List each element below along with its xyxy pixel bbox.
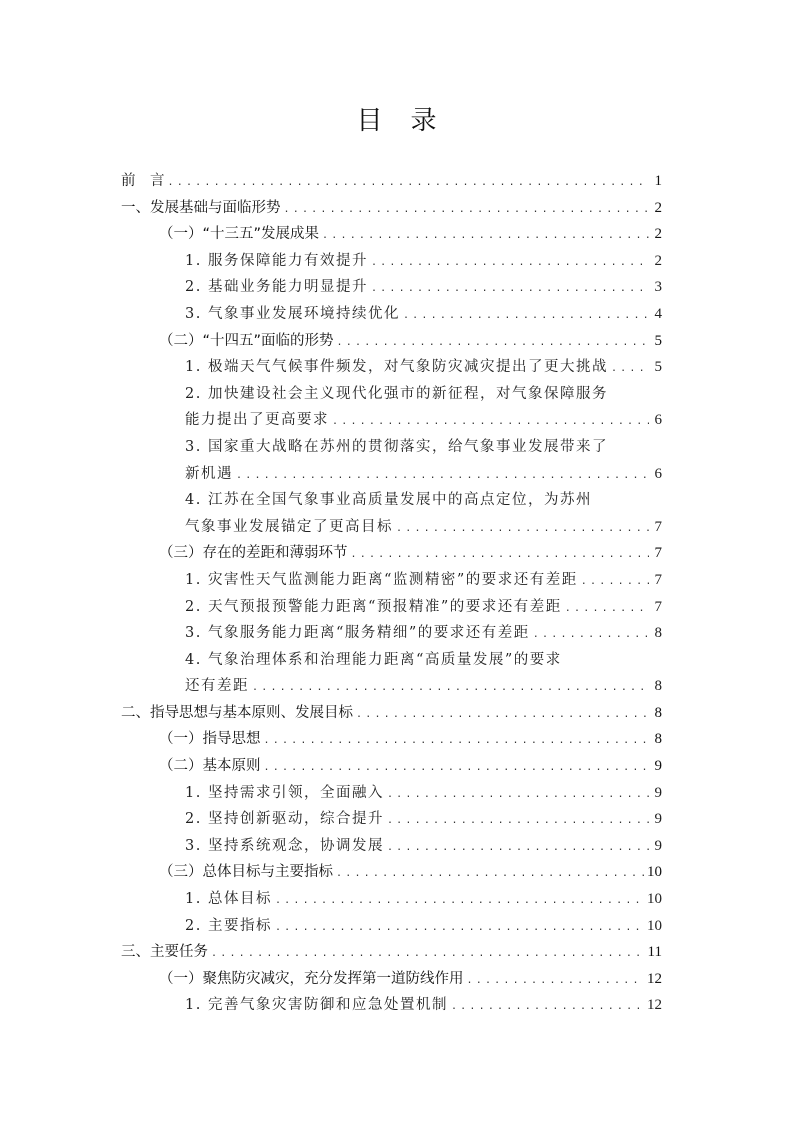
toc-page-number: 10 [647,913,662,940]
toc-entry-label: 3. 气象事业发展环境持续优化 [185,301,400,328]
toc-page-number: 9 [652,780,662,807]
toc-entry[interactable]: （一）指导思想 8 [121,726,662,753]
toc-entry-label: （一）“十三五”发展成果 [159,221,319,248]
dot-leader [332,409,649,436]
toc-entry[interactable]: （一）聚焦防灾减灾，充分发挥第一道防线作用 12 [121,966,662,993]
toc-entry-continuation[interactable]: 新机遇 6 [121,461,662,488]
toc-entry[interactable]: 3. 国家重大战略在苏州的贯彻落实，给气象事业发展带来了 [121,434,662,461]
toc-entry-label: 2. 主要指标 [185,913,272,940]
toc-page-number: 9 [652,833,662,860]
toc-entry[interactable]: （三）总体目标与主要指标 10 [121,859,662,886]
toc-entry[interactable]: 1. 极端天气气候事件频发，对气象防灾减灾提出了更大挑战 5 [121,354,662,381]
dot-leader [611,356,649,383]
toc-entry[interactable]: 3. 坚持系统观念，协调发展 9 [121,833,662,860]
toc-page-number: 9 [652,806,662,833]
toc-entry[interactable]: 2. 加快建设社会主义现代化强市的新征程，对气象保障服务 [121,381,662,408]
toc-entry[interactable]: 1. 完善气象灾害防御和应急处置机制 12 [121,992,662,1019]
toc-entry[interactable]: 二、指导思想与基本原则、发展目标 8 [121,700,662,727]
toc-entry-label: 2. 基础业务能力明显提升 [185,274,368,301]
toc-entry[interactable]: 3. 气象事业发展环境持续优化 4 [121,301,662,328]
toc-entry-label: 1. 总体目标 [185,886,272,913]
dot-leader [533,622,649,649]
toc-page-number: 2 [652,195,662,222]
dot-leader [371,276,649,303]
dot-leader [275,888,644,915]
toc-entry[interactable]: 3. 气象服务能力距离“服务精细”的要求还有差距 8 [121,620,662,647]
dot-leader [371,250,649,277]
dot-leader [451,994,644,1021]
dot-leader [387,835,649,862]
toc-entry-label: 2. 加快建设社会主义现代化强市的新征程，对气象保障服务 [185,381,608,408]
toc-entry-label: 4. 气象治理体系和治理能力距离“高质量发展”的要求 [185,647,562,674]
dot-leader [168,170,650,197]
dot-leader [581,569,649,596]
dot-leader [322,223,649,250]
toc-entry-label: 还有差距 [185,673,249,700]
toc-page-number: 7 [652,540,662,567]
toc-page-number: 8 [652,620,662,647]
toc-entry-label: 新机遇 [185,461,233,488]
toc-page-number: 1 [652,168,662,195]
toc-page-number: 6 [652,407,662,434]
dot-leader [211,941,645,968]
toc-entry-label: 4. 江苏在全国气象事业高质量发展中的高点定位，为苏州 [185,487,592,514]
toc-entry-label: 2. 天气预报预警能力距离“预报精准”的要求还有差距 [185,594,562,621]
toc-entry-label: 3. 国家重大战略在苏州的贯彻落实，给气象事业发展带来了 [185,434,608,461]
toc-entry-label: 气象事业发展锚定了更高目标 [185,514,393,541]
toc-entry[interactable]: （二）“十四五”面临的形势 5 [121,328,662,355]
toc-entry-continuation[interactable]: 能力提出了更高要求 6 [121,407,662,434]
dot-leader [403,303,649,330]
dot-leader [356,702,649,729]
toc-entry-label: 1. 极端天气气候事件频发，对气象防灾减灾提出了更大挑战 [185,354,608,381]
toc-page-number: 7 [652,567,662,594]
toc-entry[interactable]: 1. 服务保障能力有效提升 2 [121,248,662,275]
dot-leader [236,463,649,490]
table-of-contents: 前 言 1 一、发展基础与面临形势 2 （一）“十三五”发展成果 2 1. 服务… [121,168,662,1019]
toc-entry-label: 二、指导思想与基本原则、发展目标 [121,700,353,727]
toc-entry[interactable]: （二）基本原则 9 [121,753,662,780]
dot-leader [284,197,650,224]
toc-page-number: 2 [652,248,662,275]
toc-page-number: 12 [647,966,662,993]
toc-page-number: 5 [652,328,662,355]
toc-entry[interactable]: （一）“十三五”发展成果 2 [121,221,662,248]
toc-entry[interactable]: 前 言 1 [121,168,662,195]
toc-title: 目录 [0,100,793,137]
toc-page-number: 8 [652,700,662,727]
toc-page-number: 6 [652,461,662,488]
toc-entry-label: 1. 完善气象灾害防御和应急处置机制 [185,992,448,1019]
dot-leader [337,330,649,357]
toc-entry-label: （二）基本原则 [159,753,261,780]
toc-entry[interactable]: 1. 灾害性天气监测能力距离“监测精密”的要求还有差距 7 [121,567,662,594]
toc-entry-label: 1. 坚持需求引领，全面融入 [185,780,384,807]
toc-entry-label: 能力提出了更高要求 [185,407,329,434]
toc-page-number: 5 [652,354,662,381]
toc-entry[interactable]: 2. 坚持创新驱动，综合提升 9 [121,806,662,833]
toc-entry[interactable]: 2. 主要指标 10 [121,913,662,940]
toc-entry-continuation[interactable]: 气象事业发展锚定了更高目标 7 [121,514,662,541]
toc-entry-label: 3. 气象服务能力距离“服务精细”的要求还有差距 [185,620,530,647]
toc-entry-label: （三）总体目标与主要指标 [159,859,333,886]
toc-entry-label: 3. 坚持系统观念，协调发展 [185,833,384,860]
toc-entry-label: （三）存在的差距和薄弱环节 [159,540,348,567]
dot-leader [387,808,649,835]
toc-page-number: 7 [652,594,662,621]
toc-entry[interactable]: 2. 基础业务能力明显提升 3 [121,274,662,301]
dot-leader [264,755,650,782]
toc-page-number: 2 [652,221,662,248]
dot-leader [275,915,644,942]
toc-page-number: 10 [647,886,662,913]
toc-entry-continuation[interactable]: 还有差距 8 [121,673,662,700]
toc-entry[interactable]: 2. 天气预报预警能力距离“预报精准”的要求还有差距 7 [121,594,662,621]
toc-page-number: 3 [652,274,662,301]
toc-entry-label: 前 言 [121,168,165,195]
toc-entry-label: （一）指导思想 [159,726,261,753]
toc-entry[interactable]: 1. 坚持需求引领，全面融入 9 [121,780,662,807]
toc-entry-label: （二）“十四五”面临的形势 [159,328,334,355]
toc-page-number: 10 [647,859,662,886]
dot-leader [252,675,649,702]
toc-page-number: 7 [652,514,662,541]
toc-entry[interactable]: 三、主要任务 11 [121,939,662,966]
toc-entry[interactable]: 一、发展基础与面临形势 2 [121,195,662,222]
toc-entry-label: （一）聚焦防灾减灾，充分发挥第一道防线作用 [159,966,464,993]
dot-leader [396,516,649,543]
toc-entry-label: 一、发展基础与面临形势 [121,195,281,222]
toc-page-number: 9 [652,753,662,780]
toc-entry[interactable]: 4. 气象治理体系和治理能力距离“高质量发展”的要求 [121,647,662,674]
toc-page-number: 4 [652,301,662,328]
dot-leader [467,968,645,995]
dot-leader [387,782,649,809]
dot-leader [336,861,644,888]
toc-page-number: 8 [652,726,662,753]
toc-entry-label: 三、主要任务 [121,939,208,966]
toc-page-number: 8 [652,673,662,700]
toc-page-number: 12 [647,992,662,1019]
toc-entry[interactable]: （三）存在的差距和薄弱环节 7 [121,540,662,567]
dot-leader [264,728,650,755]
dot-leader [351,542,650,569]
toc-entry[interactable]: 4. 江苏在全国气象事业高质量发展中的高点定位，为苏州 [121,487,662,514]
toc-entry[interactable]: 1. 总体目标 10 [121,886,662,913]
toc-entry-label: 1. 灾害性天气监测能力距离“监测精密”的要求还有差距 [185,567,578,594]
toc-entry-label: 2. 坚持创新驱动，综合提升 [185,806,384,833]
toc-entry-label: 1. 服务保障能力有效提升 [185,248,368,275]
dot-leader [565,596,649,623]
toc-page-number: 11 [648,939,662,966]
